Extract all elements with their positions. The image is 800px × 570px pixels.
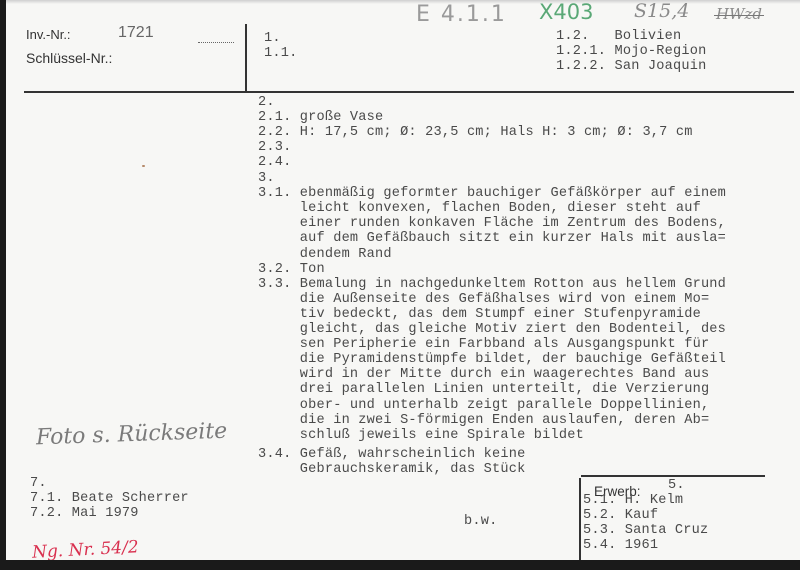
author-line: 7.2. Mai 1979 — [30, 506, 139, 521]
field-line: 1. — [264, 31, 306, 46]
description-line: 3.3. Bemalung in nachgedunkeltem Rotton … — [258, 277, 726, 292]
continued-overleaf: b.w. — [464, 514, 497, 529]
field-line: 1.1. — [264, 46, 306, 61]
description-line: sen Peripherie ein Farbband als Ausgangs… — [258, 337, 709, 352]
description-line: einer runden konkaven Fläche im Zentrum … — [258, 216, 726, 231]
acquisition-line: 5.1. H. Kelm — [583, 493, 683, 508]
description-line: schluß jeweils eine Spirale bildet — [258, 428, 584, 443]
description-line: 3.1. ebenmäßig geformter bauchiger Gefäß… — [258, 186, 726, 201]
section-heading: 3. — [258, 171, 275, 186]
description-line: dendem Rand — [258, 247, 392, 262]
inv-value: 1721 — [118, 24, 154, 42]
description-line: die in zwei S-förmigen Enden auslaufen, … — [258, 413, 709, 428]
struck-code: HWzd — [716, 5, 762, 23]
inv-label: Inv.-Nr.: — [26, 27, 71, 42]
acquisition-line: 5.2. Kauf — [583, 508, 658, 523]
description-line: leicht konvexen, flachen Boden, dieser s… — [258, 201, 701, 216]
description-line: auf dem Gefäßbauch sitzt ein kurzer Hals… — [258, 231, 726, 246]
acquisition-heading: 5. — [668, 478, 685, 493]
key-label: Schlüssel-Nr.: — [26, 50, 112, 66]
field-line: 2.3. — [258, 140, 300, 155]
field-line: 2. — [258, 95, 300, 110]
field-line: 2.1. große Vase — [258, 110, 383, 125]
description-line: tiv bedeckt, das dem Stumpf einer Stufen… — [258, 307, 701, 322]
description-line: die Pyramidenstümpfe bildet, der bauchig… — [258, 352, 726, 367]
photo-note: Foto s. Rückseite — [36, 419, 228, 451]
location-line: 1.2.2. San Joaquin — [556, 59, 706, 74]
inv-dotted-line — [198, 42, 234, 43]
description-line: wird in der Mitte durch ein waagerechtes… — [258, 367, 709, 382]
field-line: 2.4. — [258, 155, 300, 170]
description-line: die Außenseite des Gefäßhalses wird von … — [258, 292, 709, 307]
author-line: 7.1. Beate Scherrer — [30, 491, 189, 506]
author-line: 7. — [30, 476, 72, 491]
description-line: gleicht, das gleiche Motiv ziert den Bod… — [258, 322, 726, 337]
header-divider — [245, 24, 247, 92]
description-line: 3.4. Gefäß, wahrscheinlich keine — [258, 447, 525, 462]
field-line: 2.2. H: 17,5 cm; Ø: 23,5 cm; Hals H: 3 c… — [258, 125, 693, 140]
description-line: ober- und unterhalb zeigt parallele Dopp… — [258, 398, 709, 413]
grey-code: S15,4 — [634, 0, 689, 22]
description-line: Gebrauchskeramik, das Stück — [258, 462, 525, 477]
acquisition-line: 5.4. 1961 — [583, 538, 658, 553]
acquisition-line: 5.3. Santa Cruz — [583, 523, 708, 538]
green-code: X403 — [539, 0, 593, 24]
paper-speck — [142, 165, 145, 167]
description-line: 3.2. Ton — [258, 262, 325, 277]
location-line: 1.2.1. Mojo-Region — [556, 44, 706, 59]
acquisition-top-rule — [581, 475, 765, 477]
location-line: 1.2. Bolivien — [556, 29, 681, 44]
red-note: Ng. Nr. 54/2 — [32, 537, 140, 560]
header-rule — [24, 91, 794, 93]
acquisition-left-rule — [579, 478, 581, 560]
pencil-code: E 4.1.1 — [416, 2, 507, 27]
description-line: drei parallelen Linien unterteilt, die V… — [258, 382, 709, 397]
catalog-card: Inv.-Nr.: 1721 Schlüssel-Nr.: 1. 1.1. E … — [6, 0, 800, 560]
